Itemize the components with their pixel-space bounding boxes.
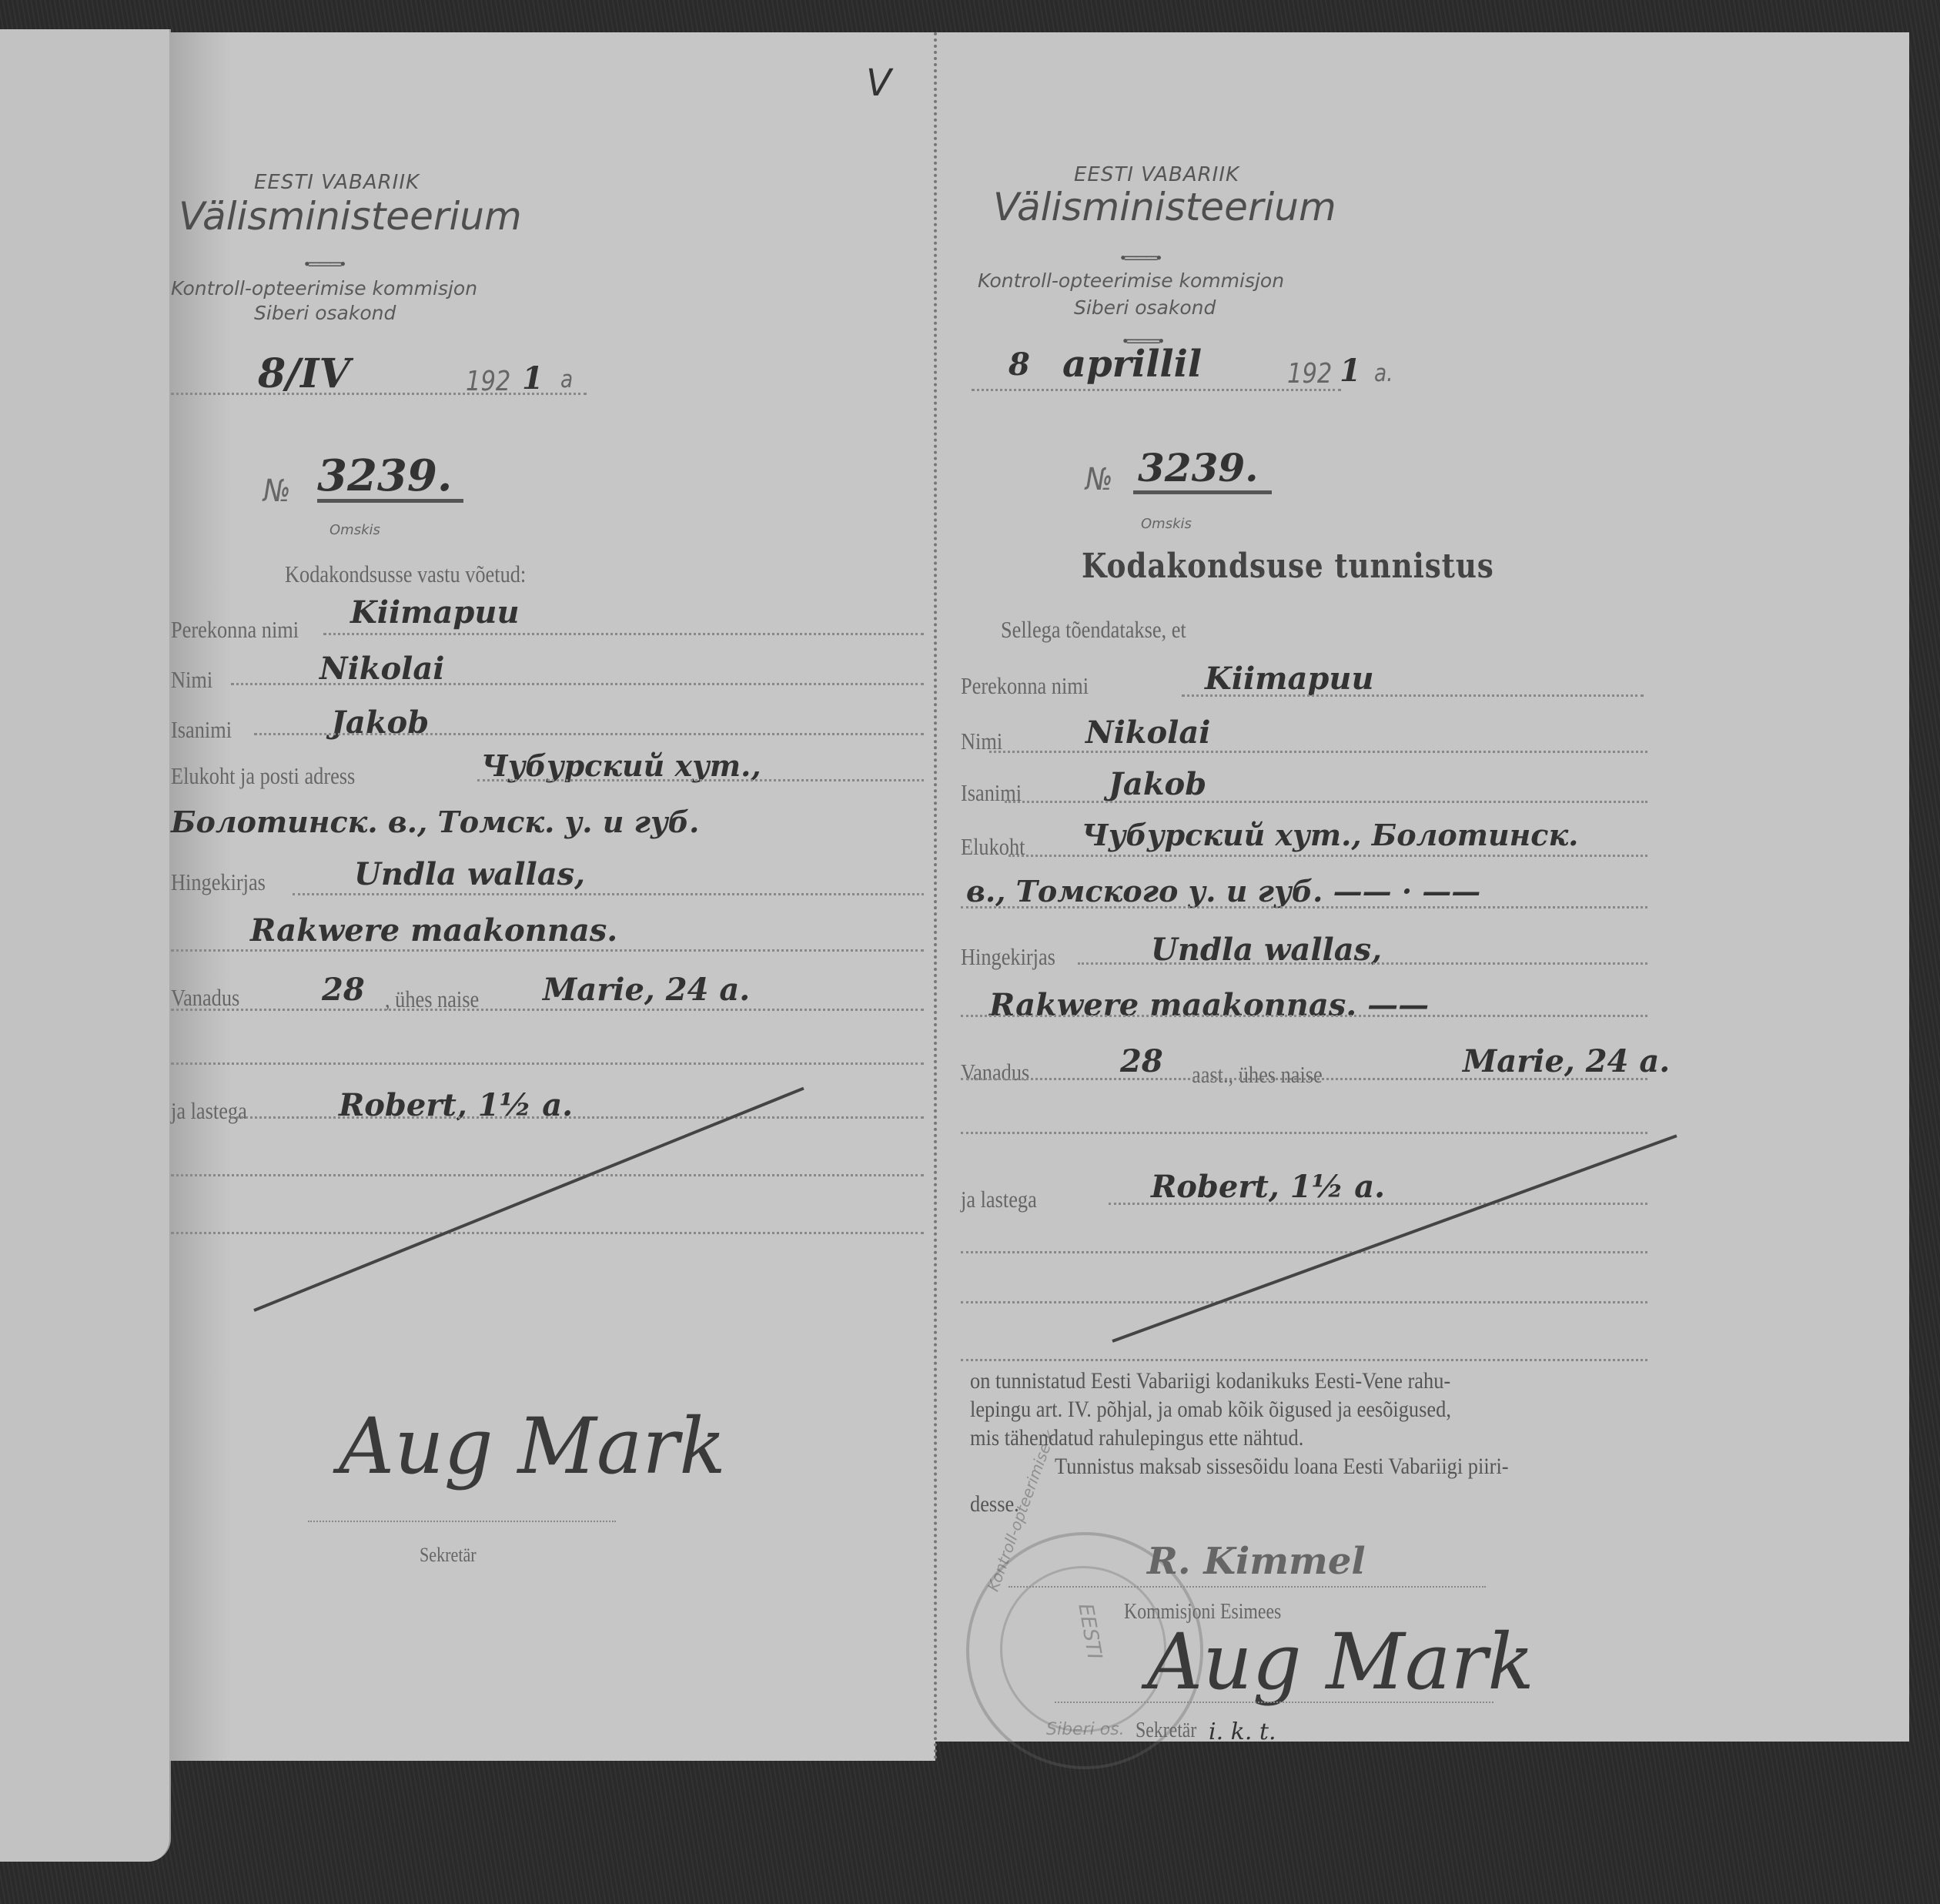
stub-address-value-1: Чубурский хут.,: [481, 748, 761, 783]
cert-commission: Kontroll-opteerimise kommisjon: [978, 269, 1284, 292]
cert-surname-value: Kiimapuu: [1205, 661, 1374, 697]
stub-date-year-suffix: 1: [522, 360, 544, 397]
cert-date-day: 8: [1008, 346, 1030, 383]
stub-age-value: 28: [322, 972, 365, 1008]
cert-surname-label: Perekonna nimi: [961, 672, 1089, 700]
cert-register-label: Hingekirjas: [961, 943, 1055, 971]
stub-surname-value: Kiimapuu: [350, 594, 520, 631]
stub-extra-line: [171, 1062, 924, 1065]
stub-age-line: [171, 1009, 924, 1011]
cert-register-line-2: [961, 1015, 1647, 1017]
cert-children-label: ja lastega: [961, 1186, 1037, 1213]
previous-page-edge: [0, 29, 171, 1862]
cert-title: Kodakondsuse tunnistus: [1082, 547, 1494, 586]
stub-line-b: [171, 1232, 924, 1234]
cert-body-line-4: Tunnistus maksab sissesõidu loana Eesti …: [970, 1452, 1647, 1481]
stub-number-value: 3239.: [317, 450, 452, 501]
chairman-signature-line: [1008, 1586, 1486, 1588]
stub-surname-label: Perekonna nimi: [171, 616, 299, 644]
cert-age-label: Vanadus: [961, 1059, 1029, 1086]
stub-register-line-1: [293, 893, 924, 895]
cert-body-line-3: mis tähendatud rahulepingus ette nähtud.: [970, 1424, 1647, 1452]
margin-mark: V: [866, 62, 891, 105]
cert-register-line-1: [1078, 962, 1647, 965]
stub-number-prefix: №: [263, 473, 290, 509]
cert-line-a: [961, 1251, 1647, 1253]
cert-department: Siberi osakond: [1074, 296, 1216, 319]
cert-residence-value-1: Чубурский хут., Болотинск.: [1082, 818, 1578, 852]
cert-name-line: [989, 751, 1647, 753]
stub-date-line: [171, 393, 587, 395]
cert-place: Omskis: [1141, 516, 1192, 532]
stub-date-day-month: 8/IV: [258, 350, 350, 397]
chairman-signature: R. Kimmel: [1147, 1540, 1366, 1583]
stub-number-line: [317, 499, 463, 503]
stub-register-value-1: Undla wallas,: [354, 856, 585, 892]
stub-address-value-2: Болотинск. в., Томск. у. и губ.: [171, 805, 699, 839]
cert-date-abbr: a.: [1374, 360, 1393, 387]
stub-name-value: Nikolai: [319, 651, 444, 687]
cert-age-value: 28: [1120, 1043, 1163, 1079]
stub-name-label: Nimi: [171, 666, 212, 694]
cert-number-value: 3239.: [1138, 445, 1259, 490]
cert-number-prefix: №: [1085, 462, 1112, 497]
stub-ministry: Välisministeerium: [179, 194, 522, 239]
cert-surname-line: [1182, 694, 1644, 697]
cert-date-month: aprillil: [1062, 343, 1202, 386]
stub-ornament-icon: •═══•: [304, 254, 344, 274]
stub-register-line-2: [171, 949, 924, 952]
cert-residence-line-2: [961, 906, 1647, 908]
stub-patronymic-label: Isanimi: [171, 716, 232, 744]
cert-children-line: [1109, 1203, 1647, 1205]
stub-republic: EESTI VABARIIK: [254, 171, 420, 194]
stub-children-label: ja lastega: [171, 1097, 247, 1125]
stub-place: Omskis: [329, 522, 380, 538]
stub-surname-line: [323, 633, 924, 635]
stub-line-a: [171, 1174, 924, 1176]
cert-date-year-suffix: 1: [1340, 353, 1361, 389]
cert-register-value-2: Rakwere maakonnas. ——: [989, 987, 1429, 1023]
stub-name-line: [231, 683, 924, 685]
stub-children-line: [231, 1116, 924, 1119]
cert-extra-line: [961, 1132, 1647, 1134]
cert-residence-value-2: в., Томского у. и губ. —— · ——: [966, 874, 1480, 908]
cert-date-line: [972, 389, 1341, 391]
stub-secretary-label: Sekretär: [420, 1544, 477, 1567]
cert-body-line-1: on tunnistatud Eesti Vabariigi kodanikuk…: [970, 1367, 1647, 1395]
cert-residence-line-1: [1008, 855, 1647, 857]
stub-department: Siberi osakond: [254, 302, 396, 324]
cert-intro: Sellega tõendatakse, et: [1001, 616, 1186, 644]
cert-republic: EESTI VABARIIK: [1074, 163, 1239, 186]
cert-secretary-note: i. k. t.: [1209, 1718, 1276, 1745]
stub-address-line-1: [477, 779, 924, 781]
stub-patronymic-line: [254, 733, 924, 735]
cert-line-b: [961, 1301, 1647, 1303]
stub-commission: Kontroll-opteerimise kommisjon: [171, 277, 477, 299]
stub-signature-line: [308, 1521, 616, 1522]
cert-secretary-signature: Aug Mark: [1147, 1617, 1534, 1707]
stub-secretary-signature: Aug Mark: [339, 1401, 726, 1491]
cert-age-unit: aast., ühes naise: [1192, 1061, 1323, 1089]
cert-number-line: [1133, 490, 1272, 494]
cert-patronymic-value: Jakob: [1109, 766, 1206, 802]
cert-wife-value: Marie, 24 a.: [1463, 1043, 1670, 1079]
cert-name-value: Nikolai: [1085, 714, 1210, 751]
stub-address-label: Elukoht ja posti adress: [171, 762, 355, 790]
cert-date-year-prefix: 192: [1287, 358, 1332, 390]
cert-age-line: [961, 1078, 1647, 1080]
stub-date-abbr: a: [560, 366, 573, 393]
stub-register-label: Hingekirjas: [171, 868, 266, 896]
cert-secretary-label: Sekretär: [1136, 1718, 1196, 1743]
cert-ministry: Välisministeerium: [993, 185, 1336, 229]
cert-body-text: on tunnistatud Eesti Vabariigi kodanikuk…: [970, 1367, 1647, 1518]
cert-children-value: Robert, 1½ a.: [1151, 1169, 1385, 1205]
cert-line-c: [961, 1359, 1647, 1361]
perforation-line: [934, 32, 937, 1761]
stub-wife-value: Marie, 24 a.: [543, 972, 750, 1008]
cert-secretary-line: [1055, 1702, 1493, 1703]
stub-heading: Kodakondsusse vastu võetud:: [285, 560, 526, 588]
stamp-text-bottom: Siberi os.: [1046, 1720, 1125, 1739]
stub-register-value-2: Rakwere maakonnas.: [250, 912, 617, 949]
stub-age-label: Vanadus: [171, 984, 239, 1012]
cert-patronymic-line: [1005, 801, 1647, 803]
cert-ornament-icon: •═══•: [1120, 248, 1160, 268]
cert-body-line-2: lepingu art. IV. põhjal, ja omab kõik õi…: [970, 1395, 1647, 1424]
cert-body-line-5: desse.: [970, 1490, 1647, 1518]
